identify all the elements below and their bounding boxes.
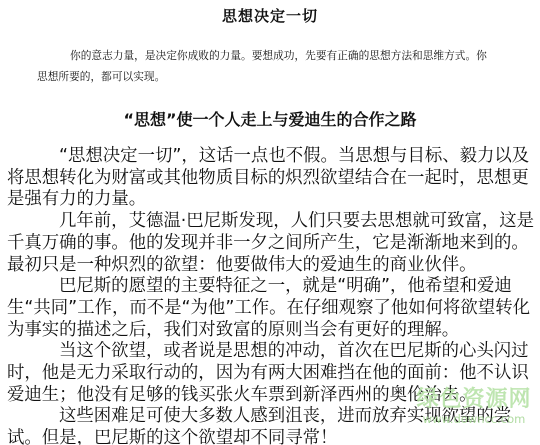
intro-paragraph: 你的意志力量，是决定你成败的力量。要想成功，先要有正确的思想方法和思维方式。你思…	[37, 46, 497, 87]
section-title: “思想”使一个人走上与爱迪生的合作之路	[0, 109, 540, 131]
paragraph-3: 巴尼斯的愿望的主要特征之一，就是“明确”，他希望和爱迪生“共同”工作，而不是“为…	[7, 276, 535, 341]
intro-section: 你的意志力量，是决定你成败的力量。要想成功，先要有正确的思想方法和思维方式。你思…	[37, 46, 497, 87]
body-text: “思想决定一切”，这话一点也不假。当思想与目标、毅力以及将思想转化为财富或其他物…	[7, 146, 535, 445]
paragraph-2: 几年前，艾德温·巴尼斯发现，人们只要去思想就可致富，这是千真万确的事。他的发现并…	[7, 211, 535, 276]
paragraph-1: “思想决定一切”，这话一点也不假。当思想与目标、毅力以及将思想转化为财富或其他物…	[7, 146, 535, 211]
paragraph-5: 这些困难足可使大多数人感到沮丧，进而放弃实现欲望的尝试。但是，巴尼斯的这个欲望却…	[7, 406, 535, 445]
paragraph-4: 当这个欲望，或者说是思想的冲动，首次在巴尼斯的心头闪过时，他是无力采取行动的，因…	[7, 341, 535, 406]
document-title: 思想决定一切	[0, 6, 540, 26]
